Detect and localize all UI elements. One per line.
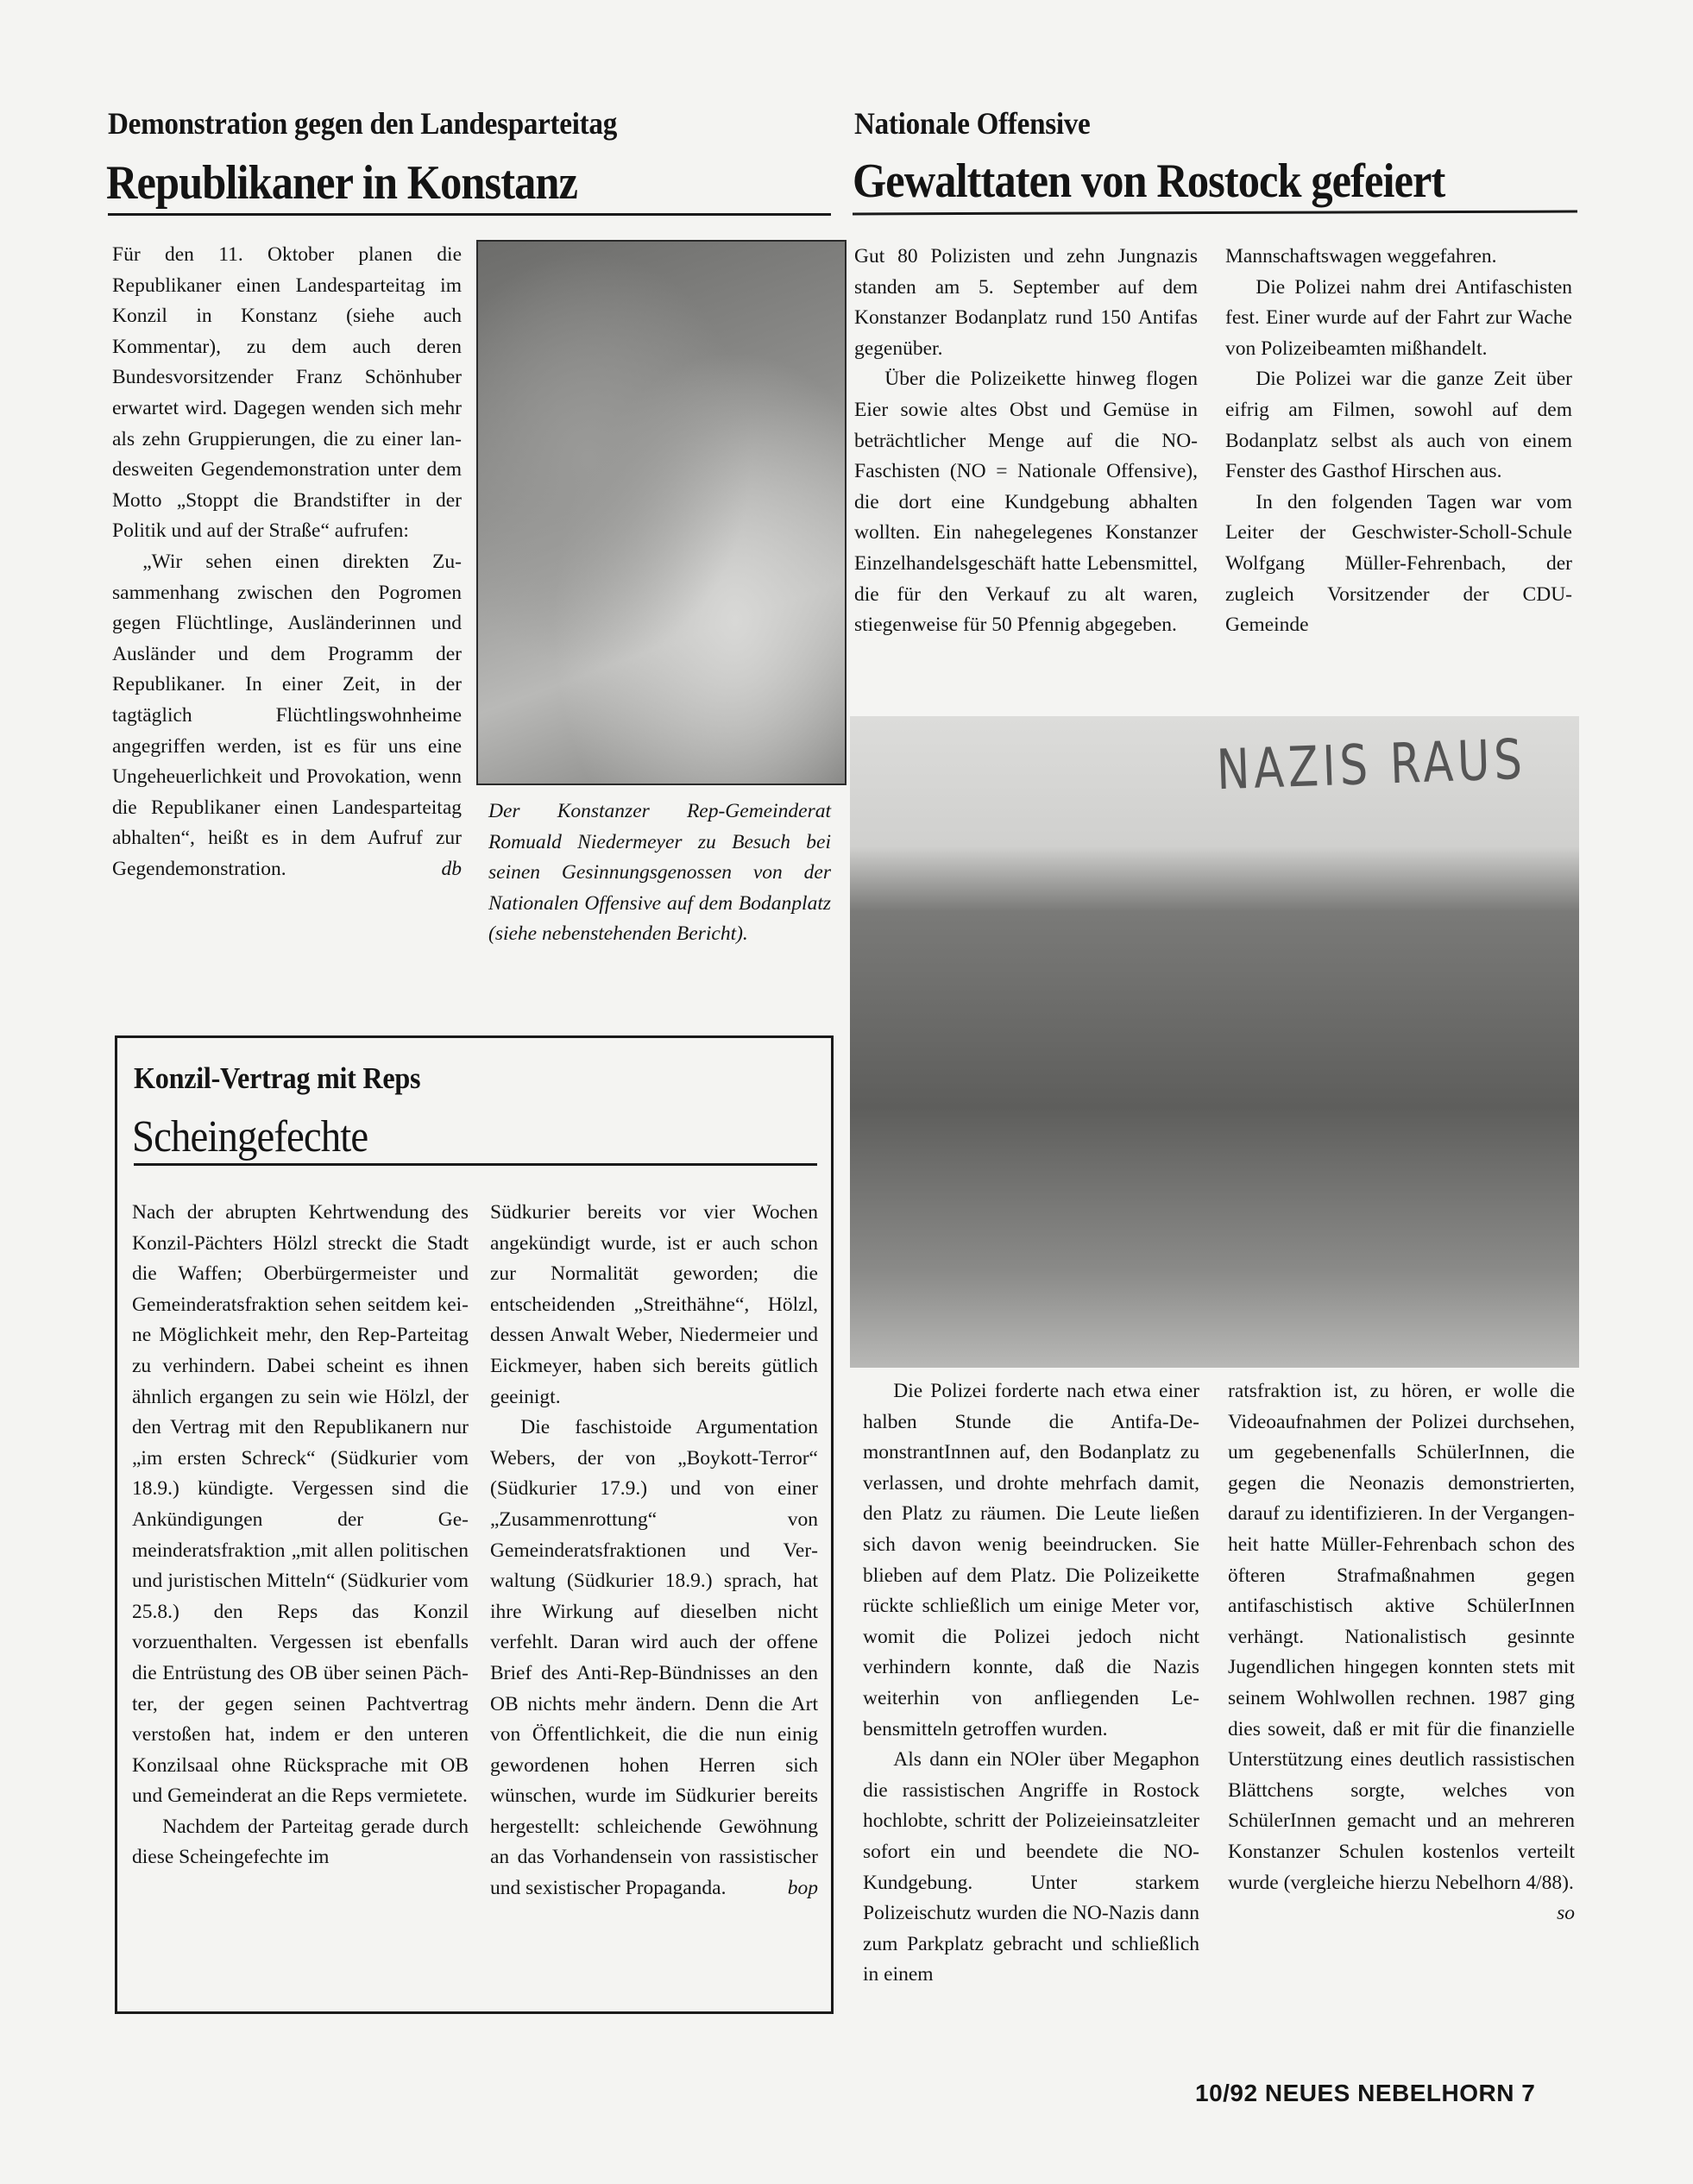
article3-paragraph: Nach der abrupten Kehrtwen­dung des Konz… xyxy=(132,1198,469,1812)
article3-col1: Nach der abrupten Kehrtwen­dung des Konz… xyxy=(132,1198,469,1873)
article2-kicker: Nationale Offensive xyxy=(854,105,1090,142)
article2-paragraph: Die Polizei nahm drei Antifa­schisten fe… xyxy=(1225,273,1572,365)
article2-paragraph: Die Polizei forderte nach etwa einer hal… xyxy=(863,1376,1199,1745)
article2-col1: Gut 80 Polizisten und zehn Jung­nazis st… xyxy=(854,242,1198,641)
publication-name: NEUES NEBELHORN xyxy=(1265,2080,1514,2106)
article2-paragraph: Über die Polizeikette hinweg flogen Eier… xyxy=(854,364,1198,640)
photo-graffiti-text: NAZIS RAUS xyxy=(1216,728,1527,802)
article2-signature: so xyxy=(1557,1898,1575,1929)
page-footer: 10/92 NEUES NEBELHORN 7 xyxy=(1195,2080,1535,2107)
article2-paragraph: ratsfraktion ist, zu hören, er wolle die… xyxy=(1228,1376,1575,1898)
article3-signature: bop xyxy=(758,1873,819,1904)
article2-headline-rule xyxy=(853,211,1577,216)
article2-photo: NAZIS RAUS xyxy=(850,716,1579,1368)
article2-paragraph: Gut 80 Polizisten und zehn Jung­nazis st… xyxy=(854,242,1198,364)
article1-photo xyxy=(476,240,846,785)
page-number: 7 xyxy=(1521,2080,1535,2106)
article2-paragraph: Als dann ein NOler über Mega­phon die ra… xyxy=(863,1745,1199,1991)
article1-paragraph: Für den 11. Oktober planen die Republika… xyxy=(112,240,462,547)
issue-number: 10/92 xyxy=(1195,2080,1258,2106)
article3-col2: Südkurier bereits vor vier Wo­chen angek… xyxy=(490,1198,818,1904)
article3-paragraph: Nachdem der Parteitag gerade durch diese… xyxy=(132,1812,469,1873)
article1-headline: Republikaner in Konstanz xyxy=(106,155,577,211)
article3-paragraph: Südkurier bereits vor vier Wo­chen angek… xyxy=(490,1198,818,1413)
article2-paragraph: Mannschaftswagen weggefahren. xyxy=(1225,242,1572,273)
article3-paragraph: Die faschistoide Argumenta­tion Webers, … xyxy=(490,1413,818,1904)
article2-paragraph: Die Polizei war die ganze Zeit über eifr… xyxy=(1225,364,1572,487)
article3-kicker: Konzil-Vertrag mit Reps xyxy=(134,1061,420,1096)
article1-kicker: Demonstration gegen den Landesparteitag xyxy=(108,105,617,142)
article1-paragraph: „Wir sehen einen direkten Zu­sammenhang … xyxy=(112,547,462,885)
article2-col2: Mannschaftswagen weggefahren. Die Polize… xyxy=(1225,242,1572,641)
article2-headline: Gewalttaten von Rostock gefeiert xyxy=(853,154,1444,209)
article2-col3: Die Polizei forderte nach etwa einer hal… xyxy=(863,1376,1199,1991)
article1-body: Für den 11. Oktober planen die Republika… xyxy=(112,240,462,884)
article2-paragraph: In den folgenden Tagen war vom Leiter de… xyxy=(1225,488,1572,641)
article3-headline-rule xyxy=(134,1163,817,1166)
article2-col4: ratsfraktion ist, zu hören, er wolle die… xyxy=(1228,1376,1575,1929)
article1-photo-caption: Der Konstanzer Rep-Gemeinderat Romuald N… xyxy=(488,796,831,950)
article1-headline-rule xyxy=(108,213,831,216)
article3-headline: Scheingefechte xyxy=(132,1111,368,1162)
article1-signature: db xyxy=(411,854,462,885)
